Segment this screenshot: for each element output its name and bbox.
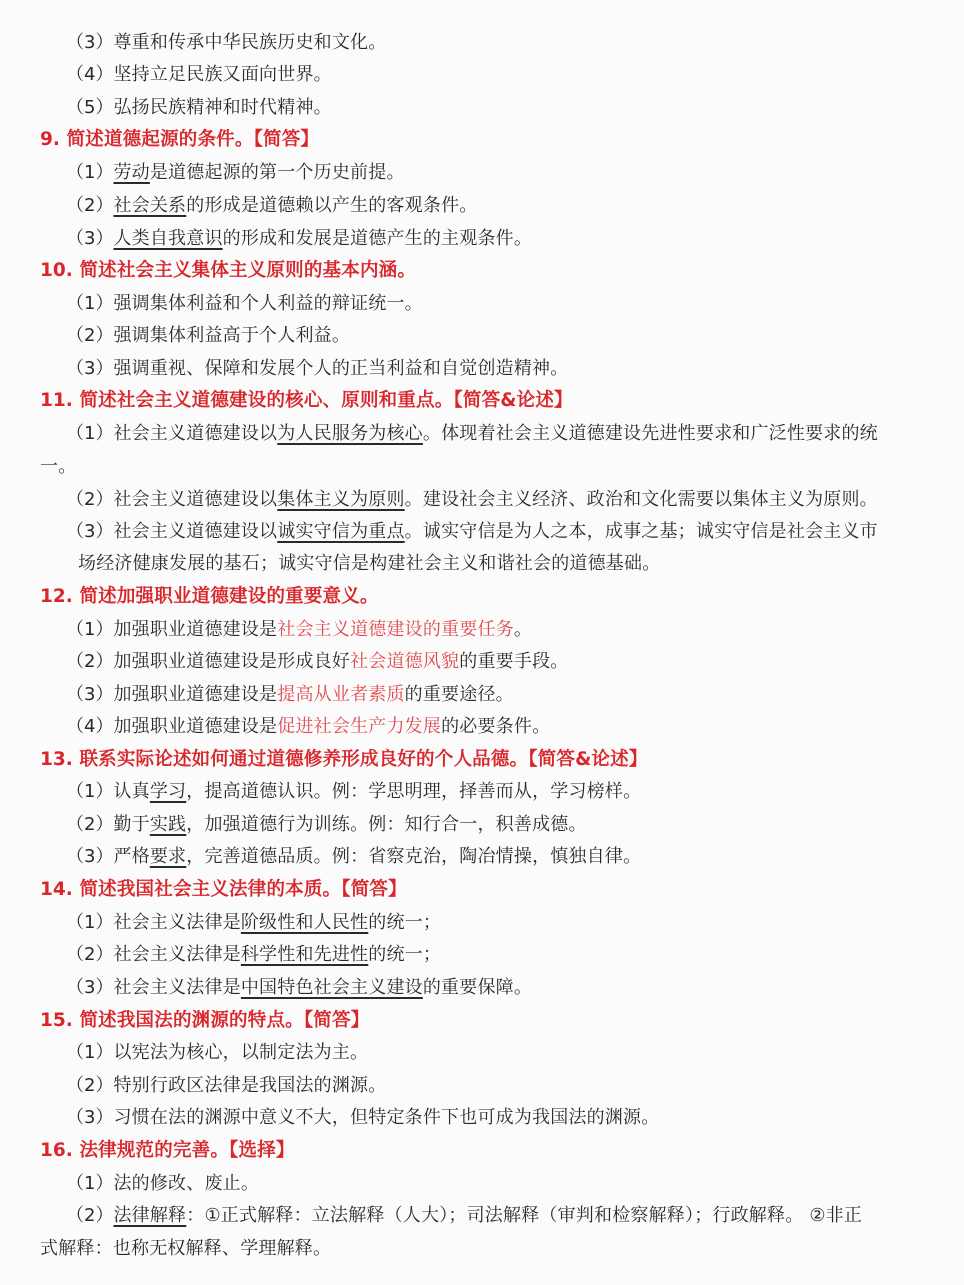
- text-segment: 社会主义法律是: [113, 944, 240, 965]
- answer-item: （2）法律解释：①正式解释：立法解释（人大）；司法解释（审判和检察解释）；行政解…: [66, 1204, 862, 1228]
- continuation-line: 场经济健康发展的基石；诚实守信是构建社会主义和谐社会的道德基础。: [78, 552, 660, 576]
- text-segment: ：①正式解释：立法解释（人大）；司法解释（审判和检察解释）；行政解释。 ②非正: [186, 1205, 862, 1226]
- answer-item: （5）弘扬民族精神和时代精神。: [66, 96, 332, 120]
- item-number: （4）: [66, 64, 113, 85]
- text-segment: 的形成是道德赖以产生的客观条件。: [186, 195, 477, 216]
- question-number: 14.: [40, 879, 73, 900]
- question-number: 13.: [40, 749, 73, 770]
- text-segment: 的重要途径。: [405, 684, 514, 705]
- text-segment: 法的修改、废止。: [113, 1173, 259, 1194]
- text-segment: 认真: [113, 781, 149, 802]
- text-segment: 简述道德起源的条件。【简答】: [67, 129, 320, 150]
- item-number: （2）: [66, 651, 113, 672]
- text-segment: 特别行政区法律是我国法的渊源。: [113, 1075, 386, 1096]
- text-segment: 的重要手段。: [459, 651, 568, 672]
- item-number: （1）: [66, 619, 113, 640]
- key-term-highlighted: 提高从业者素质: [277, 684, 404, 705]
- item-number: （3）: [66, 32, 113, 53]
- question-heading: 14. 简述我国社会主义法律的本质。【简答】: [40, 878, 407, 902]
- answer-item: （4）坚持立足民族又面向世界。: [66, 63, 332, 87]
- text-segment: 简述我国社会主义法律的本质。【简答】: [79, 879, 406, 900]
- key-term-underlined: 实践: [150, 814, 186, 835]
- item-number: （3）: [66, 977, 113, 998]
- key-term-underlined: 为人民服务为核心: [277, 423, 423, 444]
- document-page: （3）尊重和传承中华民族历史和文化。（4）坚持立足民族又面向世界。（5）弘扬民族…: [0, 0, 964, 1285]
- answer-item: （4）加强职业道德建设是促进社会生产力发展的必要条件。: [66, 715, 550, 739]
- text-segment: 强调集体利益高于个人利益。: [113, 325, 350, 346]
- question-number: 10.: [40, 260, 73, 281]
- key-term-highlighted: 促进社会生产力发展: [277, 716, 441, 737]
- item-number: （2）: [66, 195, 113, 216]
- item-number: （2）: [66, 489, 113, 510]
- answer-item: （3）加强职业道德建设是提高从业者素质的重要途径。: [66, 683, 514, 707]
- answer-item: （3）尊重和传承中华民族历史和文化。: [66, 31, 386, 55]
- key-term-underlined: 社会关系: [113, 195, 186, 216]
- item-number: （2）: [66, 1075, 113, 1096]
- key-term-underlined: 要求: [150, 846, 186, 867]
- key-term-underlined: 法律解释: [113, 1205, 186, 1226]
- text-segment: 联系实际论述如何通过道德修养形成良好的个人品德。【简答&论述】: [79, 749, 647, 770]
- text-segment: 简述我国法的渊源的特点。【简答】: [79, 1010, 369, 1031]
- text-segment: ，提高道德认识。例：学思明理，择善而从，学习榜样。: [186, 781, 641, 802]
- text-segment: ，加强道德行为训练。例：知行合一，积善成德。: [186, 814, 586, 835]
- question-heading: 11. 简述社会主义道德建设的核心、原则和重点。【简答&论述】: [40, 389, 573, 413]
- text-segment: 弘扬民族精神和时代精神。: [113, 97, 331, 118]
- item-number: （1）: [66, 912, 113, 933]
- text-segment: 。建设社会主义经济、政治和文化需要以集体主义为原则。: [405, 489, 878, 510]
- answer-item: （1）以宪法为核心，以制定法为主。: [66, 1041, 368, 1065]
- answer-item: （3）强调重视、保障和发展个人的正当利益和自觉创造精神。: [66, 357, 568, 381]
- text-segment: 一。: [40, 456, 76, 477]
- key-term-underlined: 科学性和先进性: [241, 944, 368, 965]
- question-heading: 16. 法律规范的完善。【选择】: [40, 1139, 295, 1163]
- item-number: （1）: [66, 293, 113, 314]
- question-heading: 9. 简述道德起源的条件。【简答】: [40, 128, 319, 152]
- text-segment: 的形成和发展是道德产生的主观条件。: [223, 228, 532, 249]
- item-number: （3）: [66, 228, 113, 249]
- text-segment: 加强职业道德建设是: [113, 716, 277, 737]
- key-term-underlined: 中国特色社会主义建设: [241, 977, 423, 998]
- text-segment: 强调重视、保障和发展个人的正当利益和自觉创造精神。: [113, 358, 568, 379]
- text-segment: 勤于: [113, 814, 149, 835]
- question-number: 9.: [40, 129, 60, 150]
- text-segment: 加强职业道德建设是: [113, 684, 277, 705]
- answer-item: （3）习惯在法的渊源中意义不大，但特定条件下也可成为我国法的渊源。: [66, 1106, 659, 1130]
- item-number: （1）: [66, 162, 113, 183]
- answer-item: （2）社会主义道德建设以集体主义为原则。建设社会主义经济、政治和文化需要以集体主…: [66, 488, 878, 512]
- text-segment: ，完善道德品质。例：省察克治，陶冶情操，慎独自律。: [186, 846, 641, 867]
- item-number: （2）: [66, 944, 113, 965]
- text-segment: 的必要条件。: [441, 716, 550, 737]
- answer-item: （3）严格要求，完善道德品质。例：省察克治，陶冶情操，慎独自律。: [66, 845, 641, 869]
- text-segment: 。: [514, 619, 532, 640]
- question-number: 11.: [40, 390, 73, 411]
- question-number: 15.: [40, 1010, 73, 1031]
- text-segment: 是道德起源的第一个历史前提。: [150, 162, 405, 183]
- key-term-underlined: 集体主义为原则: [277, 489, 404, 510]
- answer-item: （3）社会主义道德建设以诚实守信为重点。诚实守信是为人之本，成事之基；诚实守信是…: [66, 520, 878, 544]
- key-term-underlined: 阶级性和人民性: [241, 912, 368, 933]
- text-segment: 的统一；: [368, 912, 441, 933]
- answer-item: （2）社会主义法律是科学性和先进性的统一；: [66, 943, 441, 967]
- answer-item: （3）人类自我意识的形成和发展是道德产生的主观条件。: [66, 227, 532, 251]
- text-segment: 以宪法为核心，以制定法为主。: [113, 1042, 368, 1063]
- text-segment: 坚持立足民族又面向世界。: [113, 64, 331, 85]
- item-number: （2）: [66, 1205, 113, 1226]
- text-segment: 社会主义法律是: [113, 912, 240, 933]
- text-segment: 简述社会主义道德建设的核心、原则和重点。【简答&论述】: [79, 390, 572, 411]
- text-segment: 加强职业道德建设是: [113, 619, 277, 640]
- answer-item: （2）勤于实践，加强道德行为训练。例：知行合一，积善成德。: [66, 813, 587, 837]
- text-segment: 式解释：也称无权解释、学理解释。: [40, 1238, 331, 1259]
- key-term-highlighted: 社会道德风貌: [350, 651, 459, 672]
- text-segment: 简述社会主义集体主义原则的基本内涵。: [79, 260, 416, 281]
- answer-item: （1）加强职业道德建设是社会主义道德建设的重要任务。: [66, 618, 532, 642]
- answer-item: （2）强调集体利益高于个人利益。: [66, 324, 350, 348]
- text-segment: 严格: [113, 846, 149, 867]
- answer-item: （1）认真学习，提高道德认识。例：学思明理，择善而从，学习榜样。: [66, 780, 641, 804]
- answer-item: （2）特别行政区法律是我国法的渊源。: [66, 1074, 386, 1098]
- text-segment: 场经济健康发展的基石；诚实守信是构建社会主义和谐社会的道德基础。: [78, 553, 660, 574]
- text-segment: 尊重和传承中华民族历史和文化。: [113, 32, 386, 53]
- continuation-line: 式解释：也称无权解释、学理解释。: [40, 1237, 331, 1261]
- item-number: （3）: [66, 846, 113, 867]
- answer-item: （1）劳动是道德起源的第一个历史前提。: [66, 161, 405, 185]
- text-segment: 社会主义道德建设以: [113, 489, 277, 510]
- text-segment: 简述加强职业道德建设的重要意义。: [79, 586, 378, 607]
- key-term-underlined: 诚实守信为重点: [277, 521, 404, 542]
- item-number: （1）: [66, 1173, 113, 1194]
- item-number: （3）: [66, 521, 113, 542]
- key-term-highlighted: 社会主义道德建设的重要任务: [277, 619, 514, 640]
- text-segment: 的重要保障。: [423, 977, 532, 998]
- item-number: （1）: [66, 1042, 113, 1063]
- text-segment: 社会主义道德建设以: [113, 423, 277, 444]
- text-segment: 的统一；: [368, 944, 441, 965]
- item-number: （3）: [66, 1107, 113, 1128]
- answer-item: （3）社会主义法律是中国特色社会主义建设的重要保障。: [66, 976, 532, 1000]
- text-segment: 法律规范的完善。【选择】: [79, 1140, 294, 1161]
- text-segment: 强调集体利益和个人利益的辩证统一。: [113, 293, 422, 314]
- question-heading: 12. 简述加强职业道德建设的重要意义。: [40, 585, 379, 609]
- text-segment: 社会主义法律是: [113, 977, 240, 998]
- answer-item: （1）社会主义道德建设以为人民服务为核心。体现着社会主义道德建设先进性要求和广泛…: [66, 422, 878, 446]
- key-term-underlined: 学习: [150, 781, 186, 802]
- question-heading: 13. 联系实际论述如何通过道德修养形成良好的个人品德。【简答&论述】: [40, 748, 648, 772]
- question-heading: 15. 简述我国法的渊源的特点。【简答】: [40, 1009, 369, 1033]
- answer-item: （1）社会主义法律是阶级性和人民性的统一；: [66, 911, 441, 935]
- item-number: （2）: [66, 814, 113, 835]
- text-segment: 加强职业道德建设是形成良好: [113, 651, 350, 672]
- item-number: （3）: [66, 684, 113, 705]
- item-number: （5）: [66, 97, 113, 118]
- question-number: 16.: [40, 1140, 73, 1161]
- text-segment: 社会主义道德建设以: [113, 521, 277, 542]
- text-segment: 。诚实守信是为人之本，成事之基；诚实守信是社会主义市: [405, 521, 878, 542]
- key-term-underlined: 劳动: [113, 162, 149, 183]
- answer-item: （2）社会关系的形成是道德赖以产生的客观条件。: [66, 194, 477, 218]
- text-segment: 。体现着社会主义道德建设先进性要求和广泛性要求的统: [423, 423, 878, 444]
- item-number: （1）: [66, 423, 113, 444]
- answer-item: （1）法的修改、废止。: [66, 1172, 259, 1196]
- item-number: （4）: [66, 716, 113, 737]
- question-heading: 10. 简述社会主义集体主义原则的基本内涵。: [40, 259, 416, 283]
- continuation-line: 一。: [40, 455, 76, 479]
- answer-item: （1）强调集体利益和个人利益的辩证统一。: [66, 292, 423, 316]
- item-number: （2）: [66, 325, 113, 346]
- item-number: （3）: [66, 358, 113, 379]
- item-number: （1）: [66, 781, 113, 802]
- text-segment: 习惯在法的渊源中意义不大，但特定条件下也可成为我国法的渊源。: [113, 1107, 659, 1128]
- key-term-underlined: 人类自我意识: [113, 228, 222, 249]
- answer-item: （2）加强职业道德建设是形成良好社会道德风貌的重要手段。: [66, 650, 568, 674]
- question-number: 12.: [40, 586, 73, 607]
